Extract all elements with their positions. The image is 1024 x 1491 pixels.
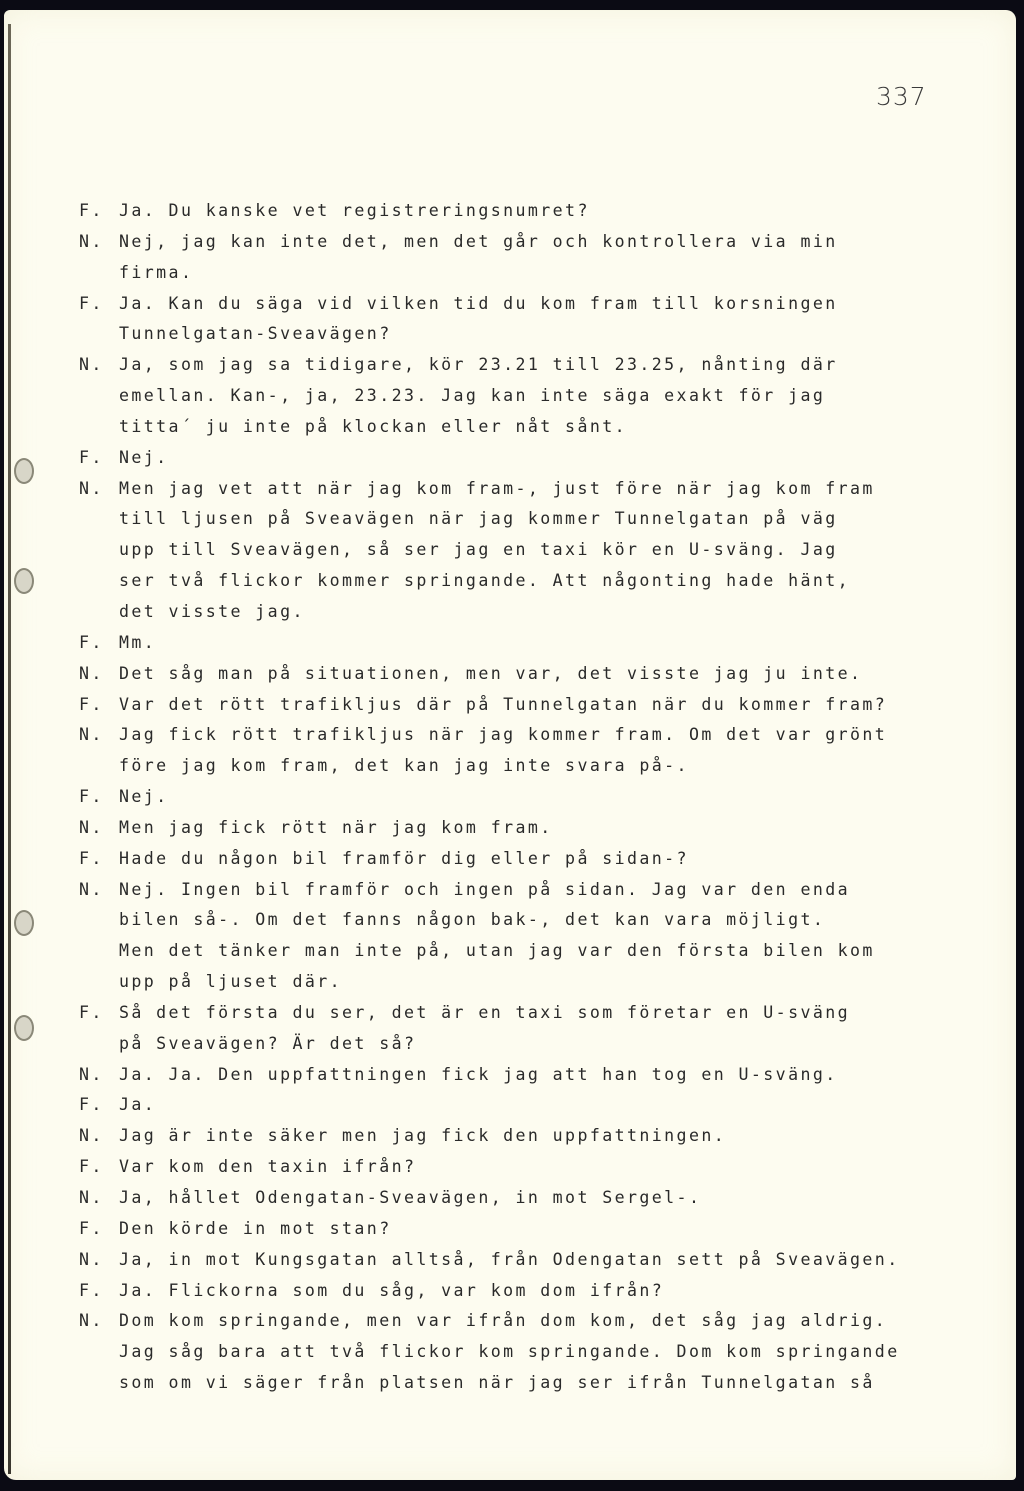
transcript-line: Var kom den taxin ifrån? bbox=[119, 1152, 416, 1183]
transcript-line: Nej, jag kan inte det, men det går och k… bbox=[119, 227, 838, 258]
transcript-line: titta´ ju inte på klockan eller nåt sånt… bbox=[119, 412, 838, 443]
transcript-turn: F.Nej. bbox=[79, 443, 939, 474]
transcript-line: före jag kom fram, det kan jag inte svar… bbox=[119, 751, 887, 782]
transcript-turn: F.Ja. bbox=[79, 1090, 939, 1121]
speaker-label: F. bbox=[79, 1090, 119, 1121]
speaker-label: F. bbox=[79, 443, 119, 474]
speaker-label: F. bbox=[79, 690, 119, 721]
speaker-label: N. bbox=[79, 659, 119, 690]
speaker-label: N. bbox=[79, 227, 119, 289]
transcript-line: upp på ljuset där. bbox=[119, 967, 875, 998]
speaker-label: F. bbox=[79, 289, 119, 351]
transcript-line: Ja, hållet Odengatan-Sveavägen, in mot S… bbox=[119, 1183, 701, 1214]
transcript-line: Jag är inte säker men jag fick den uppfa… bbox=[119, 1121, 726, 1152]
transcript-turn: N.Det såg man på situationen, men var, d… bbox=[79, 659, 939, 690]
transcript-line: Dom kom springande, men var ifrån dom ko… bbox=[119, 1306, 900, 1337]
transcript-turn: N.Men jag fick rött när jag kom fram. bbox=[79, 813, 939, 844]
transcript-turn: N.Jag fick rött trafikljus när jag komme… bbox=[79, 720, 939, 782]
transcript-line: Var det rött trafikljus där på Tunnelgat… bbox=[119, 690, 887, 721]
transcript-turn: N.Nej. Ingen bil framför och ingen på si… bbox=[79, 875, 939, 998]
transcript-line: Jag såg bara att två flickor kom springa… bbox=[119, 1337, 900, 1368]
transcript-turn: F.Var kom den taxin ifrån? bbox=[79, 1152, 939, 1183]
binding-edge bbox=[8, 24, 11, 1474]
speaker-label: F. bbox=[79, 196, 119, 227]
interview-transcript: F.Ja. Du kanske vet registreringsnumret?… bbox=[79, 196, 939, 1399]
transcript-line: Ja. Kan du säga vid vilken tid du kom fr… bbox=[119, 289, 838, 320]
transcript-line: på Sveavägen? Är det så? bbox=[119, 1029, 850, 1060]
speaker-label: F. bbox=[79, 1276, 119, 1307]
transcript-line: Det såg man på situationen, men var, det… bbox=[119, 659, 862, 690]
transcript-turn: N.Dom kom springande, men var ifrån dom … bbox=[79, 1306, 939, 1399]
transcript-line: Ja. Flickorna som du såg, var kom dom if… bbox=[119, 1276, 664, 1307]
transcript-line: Nej. bbox=[119, 782, 169, 813]
transcript-line: Så det första du ser, det är en taxi som… bbox=[119, 998, 850, 1029]
transcript-turn: F.Nej. bbox=[79, 782, 939, 813]
transcript-turn: F.Ja. Kan du säga vid vilken tid du kom … bbox=[79, 289, 939, 351]
document-page: 337 F.Ja. Du kanske vet registreringsnum… bbox=[4, 10, 1016, 1480]
speaker-label: N. bbox=[79, 1306, 119, 1399]
speaker-label: N. bbox=[79, 474, 119, 628]
transcript-line: emellan. Kan-, ja, 23.23. Jag kan inte s… bbox=[119, 381, 838, 412]
transcript-turn: F.Ja. Du kanske vet registreringsnumret? bbox=[79, 196, 939, 227]
speaker-label: F. bbox=[79, 782, 119, 813]
transcript-line: Den körde in mot stan? bbox=[119, 1214, 392, 1245]
transcript-line: Ja. bbox=[119, 1090, 156, 1121]
speaker-label: N. bbox=[79, 350, 119, 443]
transcript-line: ser två flickor kommer springande. Att n… bbox=[119, 566, 875, 597]
transcript-line: Jag fick rött trafikljus när jag kommer … bbox=[119, 720, 887, 751]
transcript-turn: F.Så det första du ser, det är en taxi s… bbox=[79, 998, 939, 1060]
transcript-line: Men jag fick rött när jag kom fram. bbox=[119, 813, 553, 844]
speaker-label: N. bbox=[79, 875, 119, 998]
speaker-label: N. bbox=[79, 1121, 119, 1152]
transcript-turn: N.Ja, hållet Odengatan-Sveavägen, in mot… bbox=[79, 1183, 939, 1214]
transcript-line: Ja. Ja. Den uppfattningen fick jag att h… bbox=[119, 1060, 838, 1091]
speaker-label: F. bbox=[79, 1214, 119, 1245]
transcript-line: Hade du någon bil framför dig eller på s… bbox=[119, 844, 689, 875]
speaker-label: N. bbox=[79, 1060, 119, 1091]
transcript-line: firma. bbox=[119, 258, 838, 289]
transcript-turn: N.Ja, in mot Kungsgatan alltså, från Ode… bbox=[79, 1245, 939, 1276]
transcript-line: Men det tänker man inte på, utan jag var… bbox=[119, 936, 875, 967]
speaker-label: N. bbox=[79, 720, 119, 782]
transcript-line: Nej. bbox=[119, 443, 169, 474]
transcript-turn: N.Ja, som jag sa tidigare, kör 23.21 til… bbox=[79, 350, 939, 443]
transcript-turn: F.Den körde in mot stan? bbox=[79, 1214, 939, 1245]
transcript-line: Men jag vet att när jag kom fram-, just … bbox=[119, 474, 875, 505]
transcript-line: upp till Sveavägen, så ser jag en taxi k… bbox=[119, 535, 875, 566]
transcript-turn: N.Nej, jag kan inte det, men det går och… bbox=[79, 227, 939, 289]
transcript-line: Ja, in mot Kungsgatan alltså, från Odeng… bbox=[119, 1245, 900, 1276]
transcript-line: till ljusen på Sveavägen när jag kommer … bbox=[119, 504, 875, 535]
transcript-turn: N.Ja. Ja. Den uppfattningen fick jag att… bbox=[79, 1060, 939, 1091]
transcript-line: Ja. Du kanske vet registreringsnumret? bbox=[119, 196, 590, 227]
transcript-turn: N.Jag är inte säker men jag fick den upp… bbox=[79, 1121, 939, 1152]
transcript-line: det visste jag. bbox=[119, 597, 875, 628]
speaker-label: N. bbox=[79, 1245, 119, 1276]
transcript-turn: F.Hade du någon bil framför dig eller på… bbox=[79, 844, 939, 875]
speaker-label: F. bbox=[79, 628, 119, 659]
transcript-line: Tunnelgatan-Sveavägen? bbox=[119, 319, 838, 350]
transcript-line: Mm. bbox=[119, 628, 156, 659]
punch-hole-icon bbox=[14, 568, 34, 594]
transcript-turn: F.Var det rött trafikljus där på Tunnelg… bbox=[79, 690, 939, 721]
transcript-line: som om vi säger från platsen när jag ser… bbox=[119, 1368, 900, 1399]
transcript-turn: N.Men jag vet att när jag kom fram-, jus… bbox=[79, 474, 939, 628]
binder-clip-icon bbox=[14, 910, 34, 936]
transcript-turn: F.Ja. Flickorna som du såg, var kom dom … bbox=[79, 1276, 939, 1307]
speaker-label: N. bbox=[79, 1183, 119, 1214]
speaker-label: F. bbox=[79, 844, 119, 875]
punch-hole-icon bbox=[14, 1015, 34, 1041]
page-number: 337 bbox=[876, 82, 927, 111]
punch-hole-icon bbox=[14, 458, 34, 484]
transcript-line: Nej. Ingen bil framför och ingen på sida… bbox=[119, 875, 875, 906]
speaker-label: F. bbox=[79, 1152, 119, 1183]
transcript-line: bilen så-. Om det fanns någon bak-, det … bbox=[119, 905, 875, 936]
transcript-turn: F.Mm. bbox=[79, 628, 939, 659]
speaker-label: F. bbox=[79, 998, 119, 1060]
speaker-label: N. bbox=[79, 813, 119, 844]
transcript-line: Ja, som jag sa tidigare, kör 23.21 till … bbox=[119, 350, 838, 381]
